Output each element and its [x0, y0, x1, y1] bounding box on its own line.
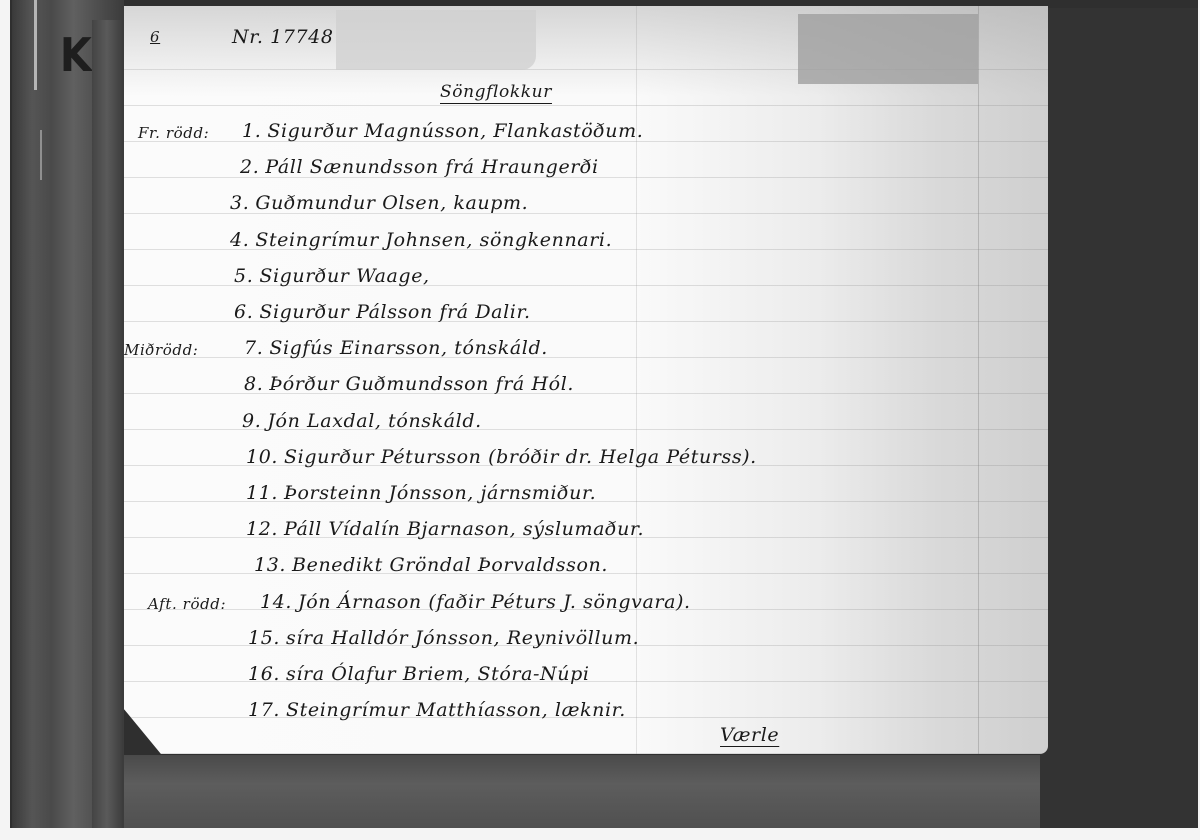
entry-number: 17.	[248, 699, 280, 721]
page-mark: 6	[150, 28, 160, 46]
list-item: 9.Jón Laxdal, tónskáld.	[242, 410, 482, 432]
list-item: 11.Þorsteinn Jónsson, járnsmiður.	[246, 482, 596, 504]
handwritten-sheet: 6 Nr. 17748 Söngflokkur Fr. rödd:1.Sigur…	[124, 6, 1048, 754]
entry-number: 12.	[246, 518, 278, 540]
wooden-post	[92, 20, 122, 828]
list-item: 15.síra Halldór Jónsson, Reynivöllum.	[248, 627, 639, 649]
list-item: 1.Sigurður Magnússon, Flankastöðum.	[242, 120, 643, 142]
entry-number: 2.	[240, 156, 259, 178]
document-title: Söngflokkur	[440, 82, 552, 102]
list-item: 7.Sigfús Einarsson, tónskáld.	[244, 337, 548, 359]
entry-number: 5.	[234, 265, 253, 287]
entry-text: Benedikt Gröndal Þorvaldsson.	[292, 554, 608, 576]
entry-text: Steingrímur Johnsen, söngkennari.	[255, 229, 612, 251]
dark-background-right	[1040, 8, 1198, 828]
list-item: 3.Guðmundur Olsen, kaupm.	[230, 192, 528, 214]
entry-text: Sigurður Magnússon, Flankastöðum.	[267, 120, 643, 142]
list-item: 10.Sigurður Pétursson (bróðir dr. Helga …	[246, 446, 757, 468]
list-item: 16.síra Ólafur Briem, Stóra-Núpi	[248, 663, 590, 685]
entry-number: 8.	[244, 373, 263, 395]
entry-number: 4.	[230, 229, 249, 251]
entry-text: síra Halldór Jónsson, Reynivöllum.	[286, 627, 639, 649]
list-item: 17.Steingrímur Matthíasson, læknir.	[248, 699, 626, 721]
entry-number: 1.	[242, 120, 261, 142]
entry-text: Sigurður Pétursson (bróðir dr. Helga Pét…	[284, 446, 757, 468]
entry-text: Jón Árnason (faðir Péturs J. söngvara).	[298, 591, 691, 613]
entry-number: 10.	[246, 446, 278, 468]
margin-line	[978, 6, 979, 754]
entry-number: 13.	[254, 554, 286, 576]
entry-text: Þorsteinn Jónsson, járnsmiður.	[284, 482, 596, 504]
entry-text: Jón Laxdal, tónskáld.	[267, 410, 481, 432]
section-label: Aft. rödd:	[148, 595, 226, 613]
entry-text: Páll Sænundsson frá Hraungerði	[265, 156, 598, 178]
entry-number: 7.	[244, 337, 263, 359]
wooden-frame-bottom	[124, 755, 1054, 828]
list-item: 8.Þórður Guðmundsson frá Hól.	[244, 373, 574, 395]
section-label: Miðrödd:	[124, 341, 198, 359]
entry-text: síra Ólafur Briem, Stóra-Núpi	[286, 663, 590, 685]
list-item: 5.Sigurður Waage,	[234, 265, 430, 287]
entry-text: Sigurður Waage,	[259, 265, 429, 287]
entry-number: 11.	[246, 482, 278, 504]
list-item: 14.Jón Árnason (faðir Péturs J. söngvara…	[260, 591, 691, 613]
entry-number: 14.	[260, 591, 292, 613]
entry-text: Guðmundur Olsen, kaupm.	[255, 192, 528, 214]
entry-number: 15.	[248, 627, 280, 649]
list-item: 6.Sigurður Pálsson frá Dalir.	[234, 301, 531, 323]
list-item: 13.Benedikt Gröndal Þorvaldsson.	[254, 554, 608, 576]
entry-number: 3.	[230, 192, 249, 214]
reference-number: Nr. 17748	[232, 26, 334, 48]
entry-text: Steingrímur Matthíasson, læknir.	[286, 699, 626, 721]
entry-text: Sigfús Einarsson, tónskáld.	[269, 337, 548, 359]
list-item: 4.Steingrímur Johnsen, söngkennari.	[230, 229, 612, 251]
entry-text: Sigurður Pálsson frá Dalir.	[259, 301, 530, 323]
signature: Værle	[720, 724, 779, 746]
list-item: 12.Páll Vídalín Bjarnason, sýslumaður.	[246, 518, 644, 540]
section-label: Fr. rödd:	[138, 124, 209, 142]
list-item: 2.Páll Sænundsson frá Hraungerði	[240, 156, 599, 178]
entry-text: Þórður Guðmundsson frá Hól.	[269, 373, 574, 395]
tape-strip	[798, 14, 978, 84]
tape-strip	[336, 10, 536, 70]
entry-number: 9.	[242, 410, 261, 432]
entry-number: 16.	[248, 663, 280, 685]
k-mark: K	[60, 28, 92, 82]
entry-text: Páll Vídalín Bjarnason, sýslumaður.	[284, 518, 644, 540]
entry-number: 6.	[234, 301, 253, 323]
